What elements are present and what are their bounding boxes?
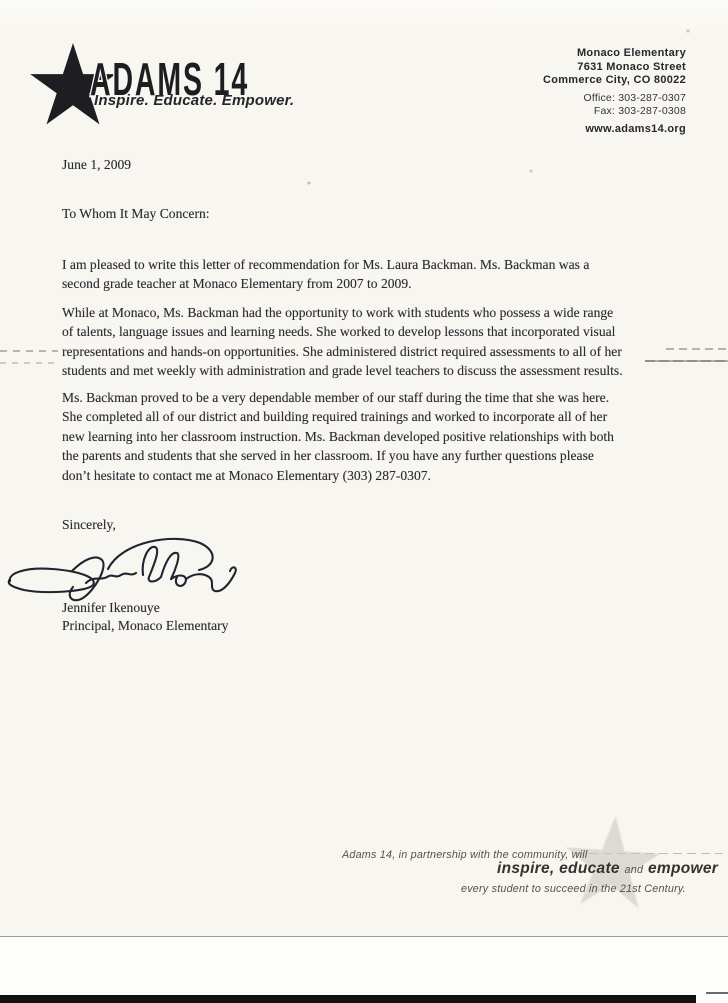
footer-emphasis-empower: empower [648, 860, 718, 877]
text-line: of talents, language issues and learning… [62, 322, 623, 341]
letter-date: June 1, 2009 [62, 157, 131, 173]
paragraph-3: Ms. Backman proved to be a very dependab… [62, 388, 614, 485]
scan-black-band [0, 995, 696, 1003]
letter-salutation: To Whom It May Concern: [62, 206, 210, 222]
paragraph-2: While at Monaco, Ms. Backman had the opp… [62, 303, 623, 381]
footer-emphasis-inspire: inspire, [497, 860, 555, 877]
scanned-letter-page: ADAMS 14 Inspire. Educate. Empower. Mona… [0, 0, 728, 1003]
contact-street: 7631 Monaco Street [543, 61, 686, 75]
contact-city-state-zip: Commerce City, CO 80022 [543, 74, 686, 88]
contact-website: www.adams14.org [543, 123, 686, 137]
logo-tagline: Inspire. Educate. Empower. [94, 92, 294, 109]
scan-artifact-dash [706, 992, 728, 994]
contact-office-phone: Office: 303-287-0307 [543, 92, 686, 106]
text-line: new learning into her classroom instruct… [62, 427, 614, 446]
text-line: students and met weekly with administrat… [62, 361, 623, 380]
contact-school: Monaco Elementary [543, 47, 686, 61]
text-line: the parents and students that she served… [62, 446, 614, 465]
scanner-bed-strip [0, 937, 728, 1003]
scan-artifact-dash [645, 360, 728, 362]
paragraph-1: I am pleased to write this letter of rec… [62, 255, 589, 294]
text-line: She completed all of our district and bu… [62, 407, 614, 426]
scan-artifact-dash [0, 362, 60, 364]
contact-fax: Fax: 303-287-0308 [543, 105, 686, 119]
paper-bottom-edge [0, 936, 728, 937]
footer-conjunction-and: and [624, 864, 643, 876]
text-line: While at Monaco, Ms. Backman had the opp… [62, 303, 623, 322]
footer-motto-line3: every student to succeed in the 21st Cen… [461, 883, 686, 895]
text-line: second grade teacher at Monaco Elementar… [62, 274, 589, 293]
signer-title: Principal, Monaco Elementary [62, 618, 228, 634]
contact-block: Monaco Elementary 7631 Monaco Street Com… [543, 47, 686, 136]
adams14-logo: ADAMS 14 [26, 36, 306, 136]
scan-artifact-dash [666, 348, 728, 350]
signer-name: Jennifer Ikenouye [62, 600, 160, 616]
text-line: don’t hesitate to contact me at Monaco E… [62, 466, 614, 485]
handwritten-signature [2, 531, 264, 611]
text-line: representations and hands-on opportuniti… [62, 342, 623, 361]
scan-artifact-dash [0, 350, 58, 352]
text-line: Ms. Backman proved to be a very dependab… [62, 388, 614, 407]
text-line: I am pleased to write this letter of rec… [62, 255, 589, 274]
footer-emphasis-educate: educate [559, 860, 620, 877]
footer-motto-line2: inspire, educate and empower [497, 860, 718, 878]
